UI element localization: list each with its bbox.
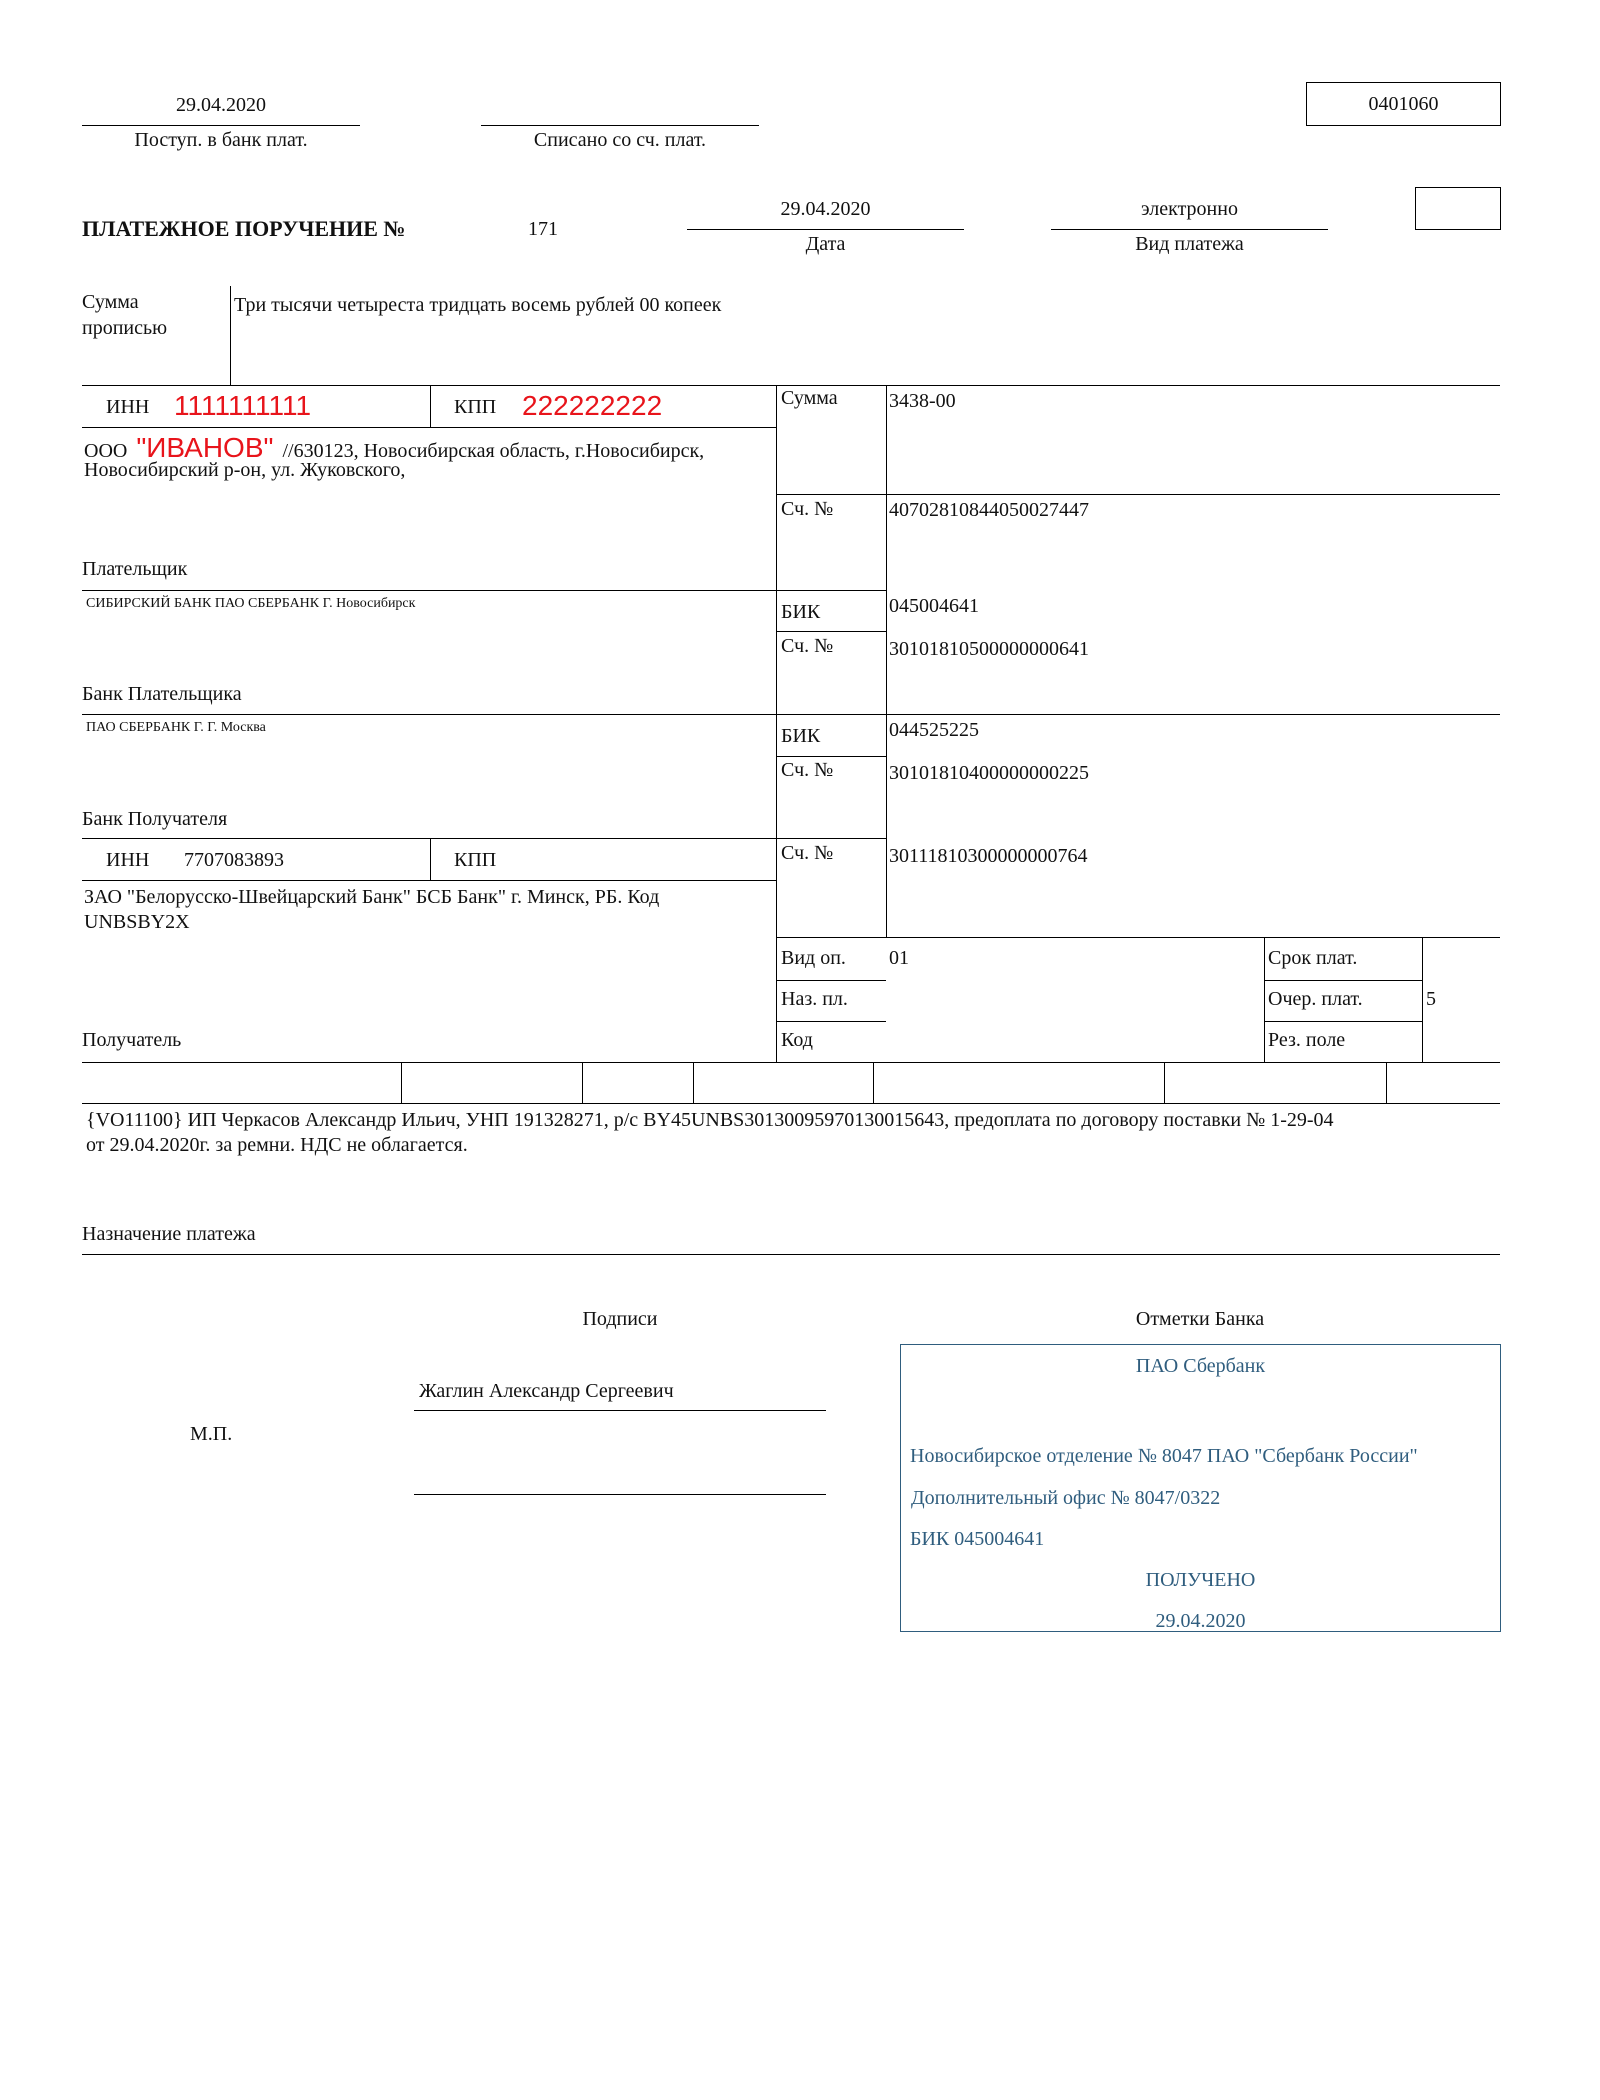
payer-amount: 3438-00 [889,391,956,411]
signature-line-1 [414,1410,826,1411]
grid-line [582,1062,583,1103]
grid-line [82,1103,1500,1104]
priority: 5 [1426,989,1436,1009]
grid-line [430,385,431,427]
debited-label: Списано со сч. плат. [481,130,759,150]
grid-line [1422,937,1423,1062]
payer-bank-section-label: Банк Плательщика [82,684,242,704]
grid-line [1386,1062,1387,1103]
order-date: 29.04.2020 [687,199,964,219]
payee-bank-bik-label: БИК [781,726,820,746]
payee-bank-account-label: Сч. № [781,760,833,780]
priority-label: Очер. плат. [1268,989,1363,1009]
payer-bank-account-label: Сч. № [781,636,833,656]
status-box [1415,187,1501,230]
payer-kpp-label: КПП [454,397,496,417]
amount-words-value: Три тысячи четыреста тридцать восемь руб… [234,295,721,315]
payer-bank-bik-label: БИК [781,602,820,622]
signer-1: Жаглин Александр Сергеевич [419,1381,674,1401]
op-type: 01 [889,948,909,968]
stamp-date: 29.04.2020 [901,1611,1500,1631]
payer-inn: 1111111111 [174,392,311,420]
purpose-label: Назначение платежа [82,1224,256,1244]
payment-type-line [1051,229,1328,230]
term-label: Срок плат. [1268,948,1357,968]
order-date-line [687,229,964,230]
received-label: Поступ. в банк плат. [82,130,360,150]
payer-account: 40702810844050027447 [889,500,1089,520]
payee-bank-bik: 044525225 [889,720,979,740]
form-code-box: 0401060 [1306,82,1501,126]
grid-line [776,1021,886,1022]
stamp-place: М.П. [190,1424,232,1444]
payee-account-label: Сч. № [781,843,833,863]
amount-words-label-1: Сумма [82,292,139,312]
received-date-line [82,125,360,126]
order-number: 171 [528,219,558,239]
signature-line-2 [414,1494,826,1495]
payer-bank-account: 30101810500000000641 [889,639,1089,659]
payee-inn-label: ИНН [106,850,149,870]
grid-line [776,756,886,757]
stamp-office: Дополнительный офис № 8047/0322 [911,1488,1220,1508]
payee-name-line2: UNBSBY2X [84,912,190,932]
grid-line [1264,937,1265,1062]
grid-line [82,385,1500,386]
grid-line [886,385,887,937]
stamp-branch: Новосибирское отделение № 8047 ПАО "Сбер… [910,1446,1418,1466]
payer-bank-name: СИБИРСКИЙ БАНК ПАО СБЕРБАНК Г. Новосибир… [86,597,415,611]
grid-line [82,714,1500,715]
order-date-label: Дата [687,234,964,254]
grid-line [776,385,777,1062]
purpose-line2: от 29.04.2020г. за ремни. НДС не облагае… [86,1135,468,1155]
payer-kpp: 222222222 [522,392,662,420]
payer-name-line1: ООО "ИВАНОВ" //630123, Новосибирская обл… [84,434,704,462]
form-code: 0401060 [1307,94,1500,114]
grid-line [82,427,776,428]
stamp-bik: БИК 045004641 [910,1529,1044,1549]
grid-line [776,980,886,981]
grid-line [82,838,886,839]
payer-bank-bik: 045004641 [889,596,979,616]
grid-line [82,880,776,881]
grid-line [82,590,886,591]
reserve-label: Рез. поле [1268,1030,1345,1050]
payee-inn: 7707083893 [184,850,284,870]
bank-stamp: ПАО Сбербанк Новосибирское отделение № 8… [900,1344,1501,1632]
grid-line [1164,1062,1165,1103]
purpose-code-label: Наз. пл. [781,989,848,1009]
grid-line [1264,1021,1422,1022]
payee-section-label: Получатель [82,1030,181,1050]
payee-account: 30111810300000000764 [889,846,1088,866]
amount-words-divider [230,286,231,386]
payment-type: электронно [1051,199,1328,219]
grid-line [693,1062,694,1103]
purpose-line1: {VO11100} ИП Черкасов Александр Ильич, У… [86,1110,1334,1130]
received-date: 29.04.2020 [82,95,360,115]
stamp-bank-name: ПАО Сбербанк [901,1356,1500,1376]
signatures-label: Подписи [414,1309,826,1329]
payee-kpp-label: КПП [454,850,496,870]
grid-line [873,1062,874,1103]
payee-bank-section-label: Банк Получателя [82,809,227,829]
payer-amount-label: Сумма [781,388,838,408]
grid-line [776,937,1500,938]
payer-inn-label: ИНН [106,397,149,417]
grid-line [82,1062,1500,1063]
payee-name-line1: ЗАО "Белорусско-Швейцарский Банк" БСБ Ба… [84,887,659,907]
bank-marks-label: Отметки Банка [900,1309,1500,1329]
op-type-label: Вид оп. [781,948,846,968]
payment-type-label: Вид платежа [1051,234,1328,254]
amount-words-label-2: прописью [82,318,167,338]
stamp-status: ПОЛУЧЕНО [901,1570,1500,1590]
grid-line [1264,980,1422,981]
payer-account-label: Сч. № [781,499,833,519]
grid-line [430,838,431,880]
payer-section-label: Плательщик [82,559,187,579]
code-label: Код [781,1030,813,1050]
document-title: ПЛАТЕЖНОЕ ПОРУЧЕНИЕ № [82,218,406,240]
payee-bank-name: ПАО СБЕРБАНК Г. Г. Москва [86,721,266,735]
grid-line [401,1062,402,1103]
debited-date-line [481,125,759,126]
payee-bank-account: 30101810400000000225 [889,763,1089,783]
grid-line [82,1254,1500,1255]
grid-line [776,494,1500,495]
payer-address-2: Новосибирский р-он, ул. Жуковского, [84,460,405,480]
grid-line [776,631,886,632]
